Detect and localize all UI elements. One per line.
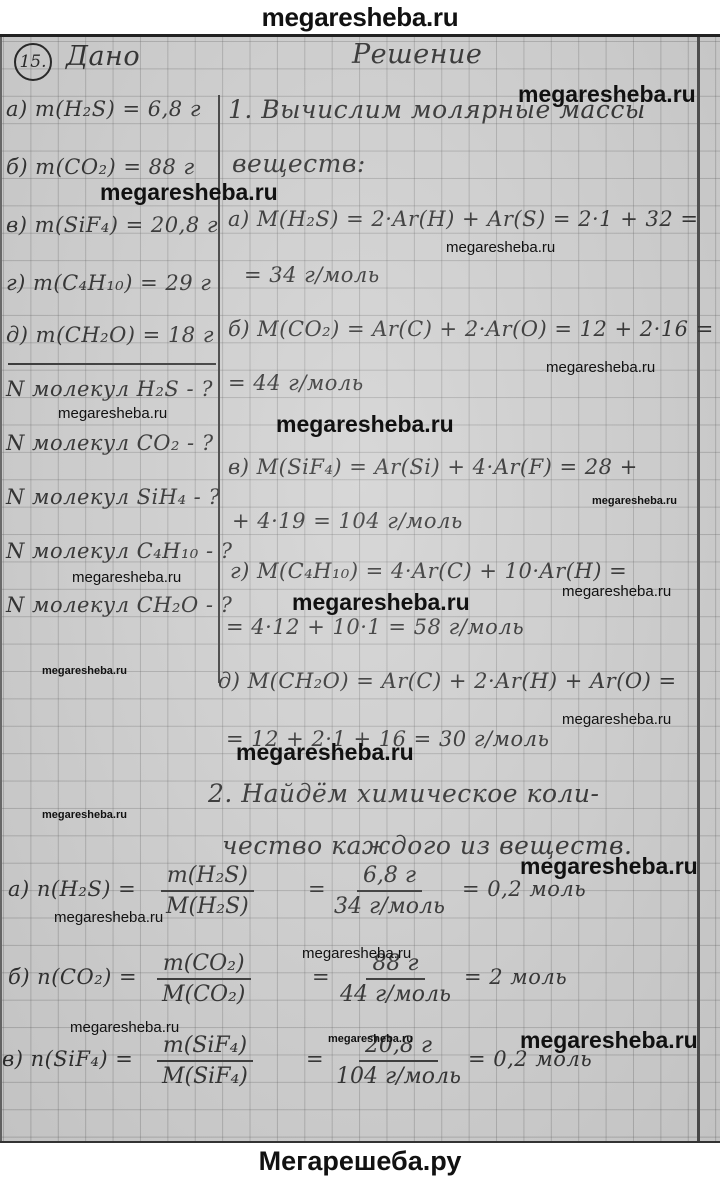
step2-title: 2. Найдём химическое коли- [208, 779, 599, 808]
watermark: megaresheba.ru [592, 495, 677, 507]
watermark: megaresheba.ru [446, 239, 555, 256]
amount-result: = 0,2 моль [462, 877, 586, 901]
watermark: megaresheba.ru [562, 583, 671, 600]
watermark: megaresheba.ru [546, 359, 655, 376]
margin-line [697, 37, 700, 1141]
given-find-divider [8, 363, 216, 365]
notebook-page: 15. Дано Решение а) m(H₂S) = 6,8 г б) m(… [0, 34, 720, 1143]
fraction-numerator: m(CO₂) [157, 951, 251, 980]
solution-label: Решение [352, 39, 482, 70]
given-item: в) m(SiF₄) = 20,8 г [6, 213, 218, 237]
fraction-denominator: M(CO₂) [156, 980, 251, 1007]
given-item: г) m(C₄H₁₀) = 29 г [6, 271, 211, 295]
equals-sign: = [306, 1047, 324, 1071]
watermark: megaresheba.ru [276, 411, 454, 438]
fraction-denominator: 44 г/моль [334, 980, 457, 1007]
given-item: д) m(CH₂O) = 18 г [6, 323, 214, 347]
amount-value-fraction: 6,8 г 34 г/моль [328, 863, 451, 919]
molar-mass-line: = 44 г/моль [228, 371, 364, 395]
find-item: N молекул SiH₄ - ? [6, 485, 220, 509]
equals-sign: = [312, 965, 330, 989]
fraction-numerator: 6,8 г [357, 863, 422, 892]
watermark: megaresheba.ru [302, 945, 411, 962]
fraction-numerator: m(H₂S) [161, 863, 254, 892]
amount-prefix: в) n(SiF₄) = [2, 1047, 133, 1071]
fraction-denominator: 104 г/моль [330, 1062, 467, 1089]
fraction-numerator: m(SiF₄) [157, 1033, 253, 1062]
page-left-edge [0, 37, 2, 1141]
watermark: megaresheba.ru [520, 853, 698, 880]
watermark: megaresheba.ru [42, 665, 127, 677]
find-item: N молекул C₄H₁₀ - ? [6, 539, 233, 563]
watermark: megaresheba.ru [72, 569, 181, 586]
molar-mass-line: а) M(H₂S) = 2·Ar(H) + Ar(S) = 2·1 + 32 = [228, 207, 699, 231]
molar-mass-line: в) M(SiF₄) = Ar(Si) + 4·Ar(F) = 28 + [228, 455, 638, 479]
molar-mass-line: б) M(CO₂) = Ar(C) + 2·Ar(O) = 12 + 2·16 … [228, 317, 714, 341]
site-header[interactable]: megaresheba.ru [0, 0, 720, 34]
fraction-denominator: 34 г/моль [328, 892, 451, 919]
watermark: megaresheba.ru [520, 1027, 698, 1054]
amount-prefix: б) n(CO₂) = [8, 965, 137, 989]
watermark: megaresheba.ru [54, 909, 163, 926]
watermark: megaresheba.ru [562, 711, 671, 728]
molar-mass-line: + 4·19 = 104 г/моль [232, 509, 463, 533]
watermark: megaresheba.ru [70, 1019, 179, 1036]
equals-sign: = [308, 877, 326, 901]
watermark: megaresheba.ru [518, 81, 696, 108]
watermark: megaresheba.ru [100, 179, 278, 206]
amount-result: = 2 моль [464, 965, 567, 989]
amount-formula-fraction: m(SiF₄) M(SiF₄) [156, 1033, 254, 1089]
watermark: megaresheba.ru [42, 809, 127, 821]
given-label: Дано [66, 41, 140, 72]
watermark: megaresheba.ru [328, 1033, 413, 1045]
find-item: N молекул CO₂ - ? [6, 431, 214, 455]
molar-mass-line: = 34 г/моль [244, 263, 380, 287]
fraction-denominator: M(SiF₄) [156, 1062, 254, 1089]
step1-title-cont: веществ: [232, 149, 366, 178]
watermark: megaresheba.ru [236, 739, 414, 766]
find-item: N молекул CH₂O - ? [6, 593, 232, 617]
amount-formula-fraction: m(CO₂) M(CO₂) [156, 951, 251, 1007]
fraction-denominator: M(H₂S) [160, 892, 255, 919]
molar-mass-line: = 4·12 + 10·1 = 58 г/моль [226, 615, 524, 639]
task-number: 15. [14, 43, 52, 81]
molar-mass-line: г) M(C₄H₁₀) = 4·Ar(C) + 10·Ar(H) = [230, 559, 627, 583]
amount-prefix: а) n(H₂S) = [8, 877, 136, 901]
given-item: а) m(H₂S) = 6,8 г [6, 97, 201, 121]
amount-formula-fraction: m(H₂S) M(H₂S) [160, 863, 255, 919]
given-item: б) m(CO₂) = 88 г [6, 155, 195, 179]
find-item: N молекул H₂S - ? [6, 377, 213, 401]
watermark: megaresheba.ru [292, 589, 470, 616]
molar-mass-line: д) M(CH₂O) = Ar(C) + 2·Ar(H) + Ar(O) = [218, 669, 677, 693]
watermark: megaresheba.ru [58, 405, 167, 422]
site-footer[interactable]: Мегарешеба.ру [0, 1142, 720, 1180]
